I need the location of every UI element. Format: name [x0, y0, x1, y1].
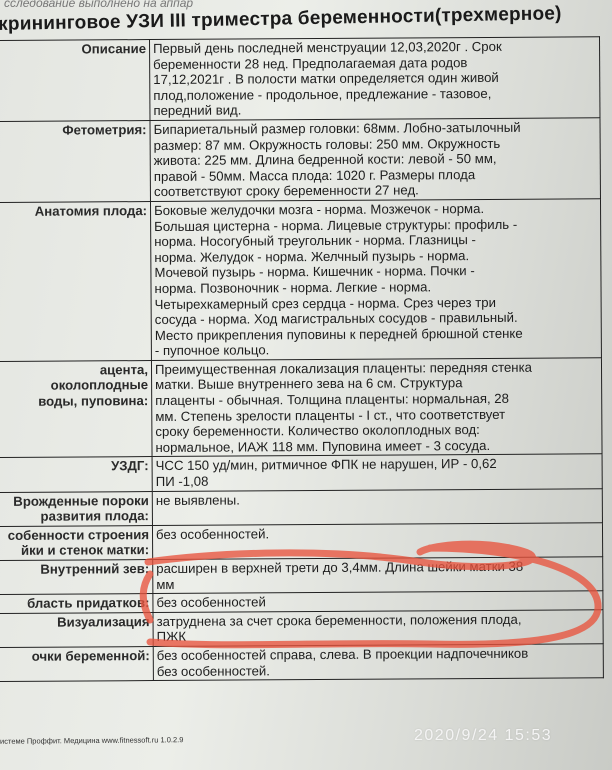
- report-row: очки беременной:без особенностей справа,…: [0, 644, 603, 682]
- report-row: Врожденные пороки развития плода:не выяв…: [0, 488, 602, 526]
- row-label: Анатомия плода:: [0, 201, 151, 361]
- report-row: ОписаниеПервый день последней менструаци…: [0, 37, 600, 122]
- row-label: собенности строения йки и стенок матки:: [0, 525, 153, 560]
- row-value: не выявлены.: [152, 488, 602, 525]
- photo-timestamp: 2020/9/24 15:53: [414, 727, 552, 745]
- row-value: Преимущественная локализация плаценты: п…: [151, 358, 602, 457]
- row-label: Визуализация: [0, 612, 153, 647]
- row-label: Описание: [0, 40, 150, 122]
- report-sheet: ОписаниеПервый день последней менструаци…: [0, 36, 610, 682]
- row-label: Фетометрия:: [0, 121, 150, 203]
- row-value: без особенностей.: [152, 523, 602, 560]
- row-label: Внутренний зев:: [0, 560, 153, 595]
- row-label: Врожденные пороки развития плода:: [0, 491, 152, 526]
- row-label: бласть придатков:: [0, 594, 153, 614]
- row-label: ацента, околоплодные воды, пуповина:: [0, 360, 152, 458]
- row-value: затруднена за счет срока беременности, п…: [153, 610, 603, 647]
- row-value: расширен в верхней трети до 3,4мм. Длина…: [153, 557, 603, 594]
- report-row: УЗДГ:ЧСС 150 уд/мин, ритмичное ФПК не на…: [0, 454, 602, 492]
- top-note: сследование выполнено на аппар: [4, 0, 193, 10]
- row-label: УЗДГ:: [0, 457, 152, 492]
- report-row: Фетометрия:Бипариетальный размер головки…: [0, 118, 600, 203]
- report-row: Внутренний зев:расширен в верхней трети …: [0, 557, 603, 595]
- row-value: Боковые желудочки мозга - норма. Мозжечо…: [150, 199, 601, 361]
- row-label: очки беременной:: [0, 647, 153, 682]
- report-table: ОписаниеПервый день последней менструаци…: [0, 36, 604, 682]
- row-value: без особенностей справа, слева. В проекц…: [153, 644, 603, 681]
- report-row: собенности строения йки и стенок матки:б…: [0, 523, 603, 561]
- report-row: Визуализациязатруднена за счет срока бер…: [0, 610, 603, 648]
- row-value: ЧСС 150 уд/мин, ритмичное ФПК не нарушен…: [152, 454, 602, 491]
- row-value: Первый день последней менструации 12,03,…: [150, 37, 600, 121]
- report-row: Анатомия плода:Боковые желудочки мозга -…: [0, 199, 601, 362]
- row-value: Бипариетальный размер головки: 68мм. Лоб…: [150, 118, 600, 202]
- report-row: ацента, околоплодные воды, пуповина:Преи…: [0, 358, 602, 458]
- software-footer: истеме Проффит. Медицина www.fitnessoft.…: [0, 735, 183, 746]
